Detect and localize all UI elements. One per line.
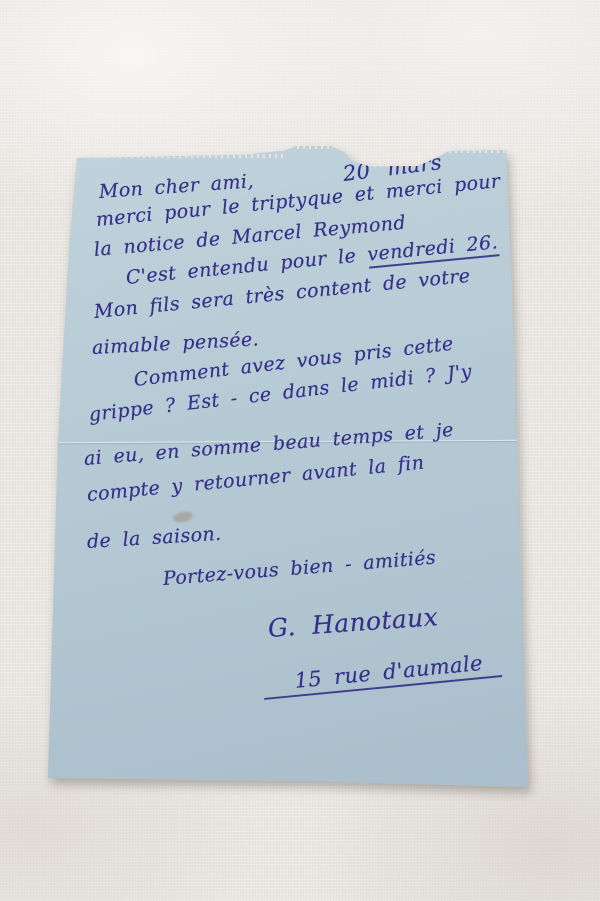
paper-stain bbox=[172, 510, 194, 524]
letter-closing-line: Portez-vous bien - amitiés bbox=[162, 547, 437, 590]
letter-line: de la saison. bbox=[86, 523, 222, 553]
perforated-edge-top-right bbox=[449, 149, 506, 153]
letter-paper: 20 mars Mon cher ami, merci pour le trip… bbox=[0, 0, 600, 901]
signature: G. Hanotaux bbox=[267, 602, 439, 643]
paper-shadow: 20 mars Mon cher ami, merci pour le trip… bbox=[0, 0, 600, 901]
perforated-edge-top-left bbox=[77, 154, 283, 158]
letter-photo: 20 mars Mon cher ami, merci pour le trip… bbox=[0, 0, 600, 901]
letter-line: aimable pensée. bbox=[91, 328, 259, 359]
underlined-date-vendredi-26: vendredi 26. bbox=[366, 231, 499, 268]
address-line: 15 rue d'aumale bbox=[262, 649, 502, 700]
perforated-edge-top-bump bbox=[297, 145, 330, 149]
